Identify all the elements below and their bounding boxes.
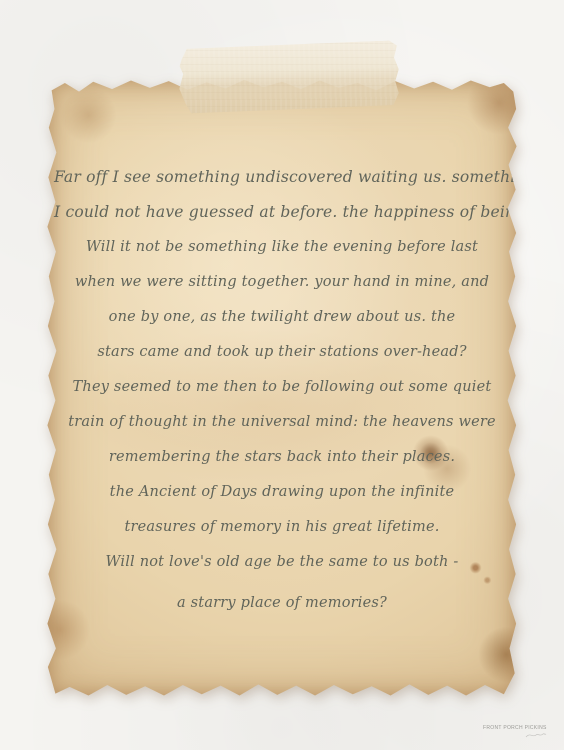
quote-line: train of thought in the universal mind: … bbox=[54, 405, 510, 440]
quote-line: a starry place of memories? bbox=[54, 586, 510, 621]
quote-line: one by one, as the twilight drew about u… bbox=[54, 300, 510, 335]
masking-tape bbox=[178, 40, 400, 114]
quote-line: treasures of memory in his great lifetim… bbox=[54, 510, 510, 545]
watermark: FRONT PORCH PICKINS bbox=[483, 725, 547, 739]
quote-line: the Ancient of Days drawing upon the inf… bbox=[54, 475, 510, 510]
paper-container: Far off I see something undiscovered wai… bbox=[46, 78, 518, 698]
quote-line: I could not have guessed at before. the … bbox=[54, 195, 510, 230]
quote-line: They seemed to me then to be following o… bbox=[54, 370, 510, 405]
quote-line: when we were sitting together. your hand… bbox=[54, 265, 510, 300]
quote-line: Far off I see something undiscovered wai… bbox=[54, 160, 510, 195]
aged-paper: Far off I see something undiscovered wai… bbox=[46, 78, 518, 698]
quote-line: stars came and took up their stations ov… bbox=[54, 335, 510, 370]
quote-line: Will not love's old age be the same to u… bbox=[54, 545, 510, 580]
handwritten-quote: Far off I see something undiscovered wai… bbox=[54, 160, 510, 621]
quote-line: remembering the stars back into their pl… bbox=[54, 440, 510, 475]
quote-line: Will it not be something like the evenin… bbox=[54, 230, 510, 265]
signature-flourish-icon bbox=[525, 731, 547, 739]
